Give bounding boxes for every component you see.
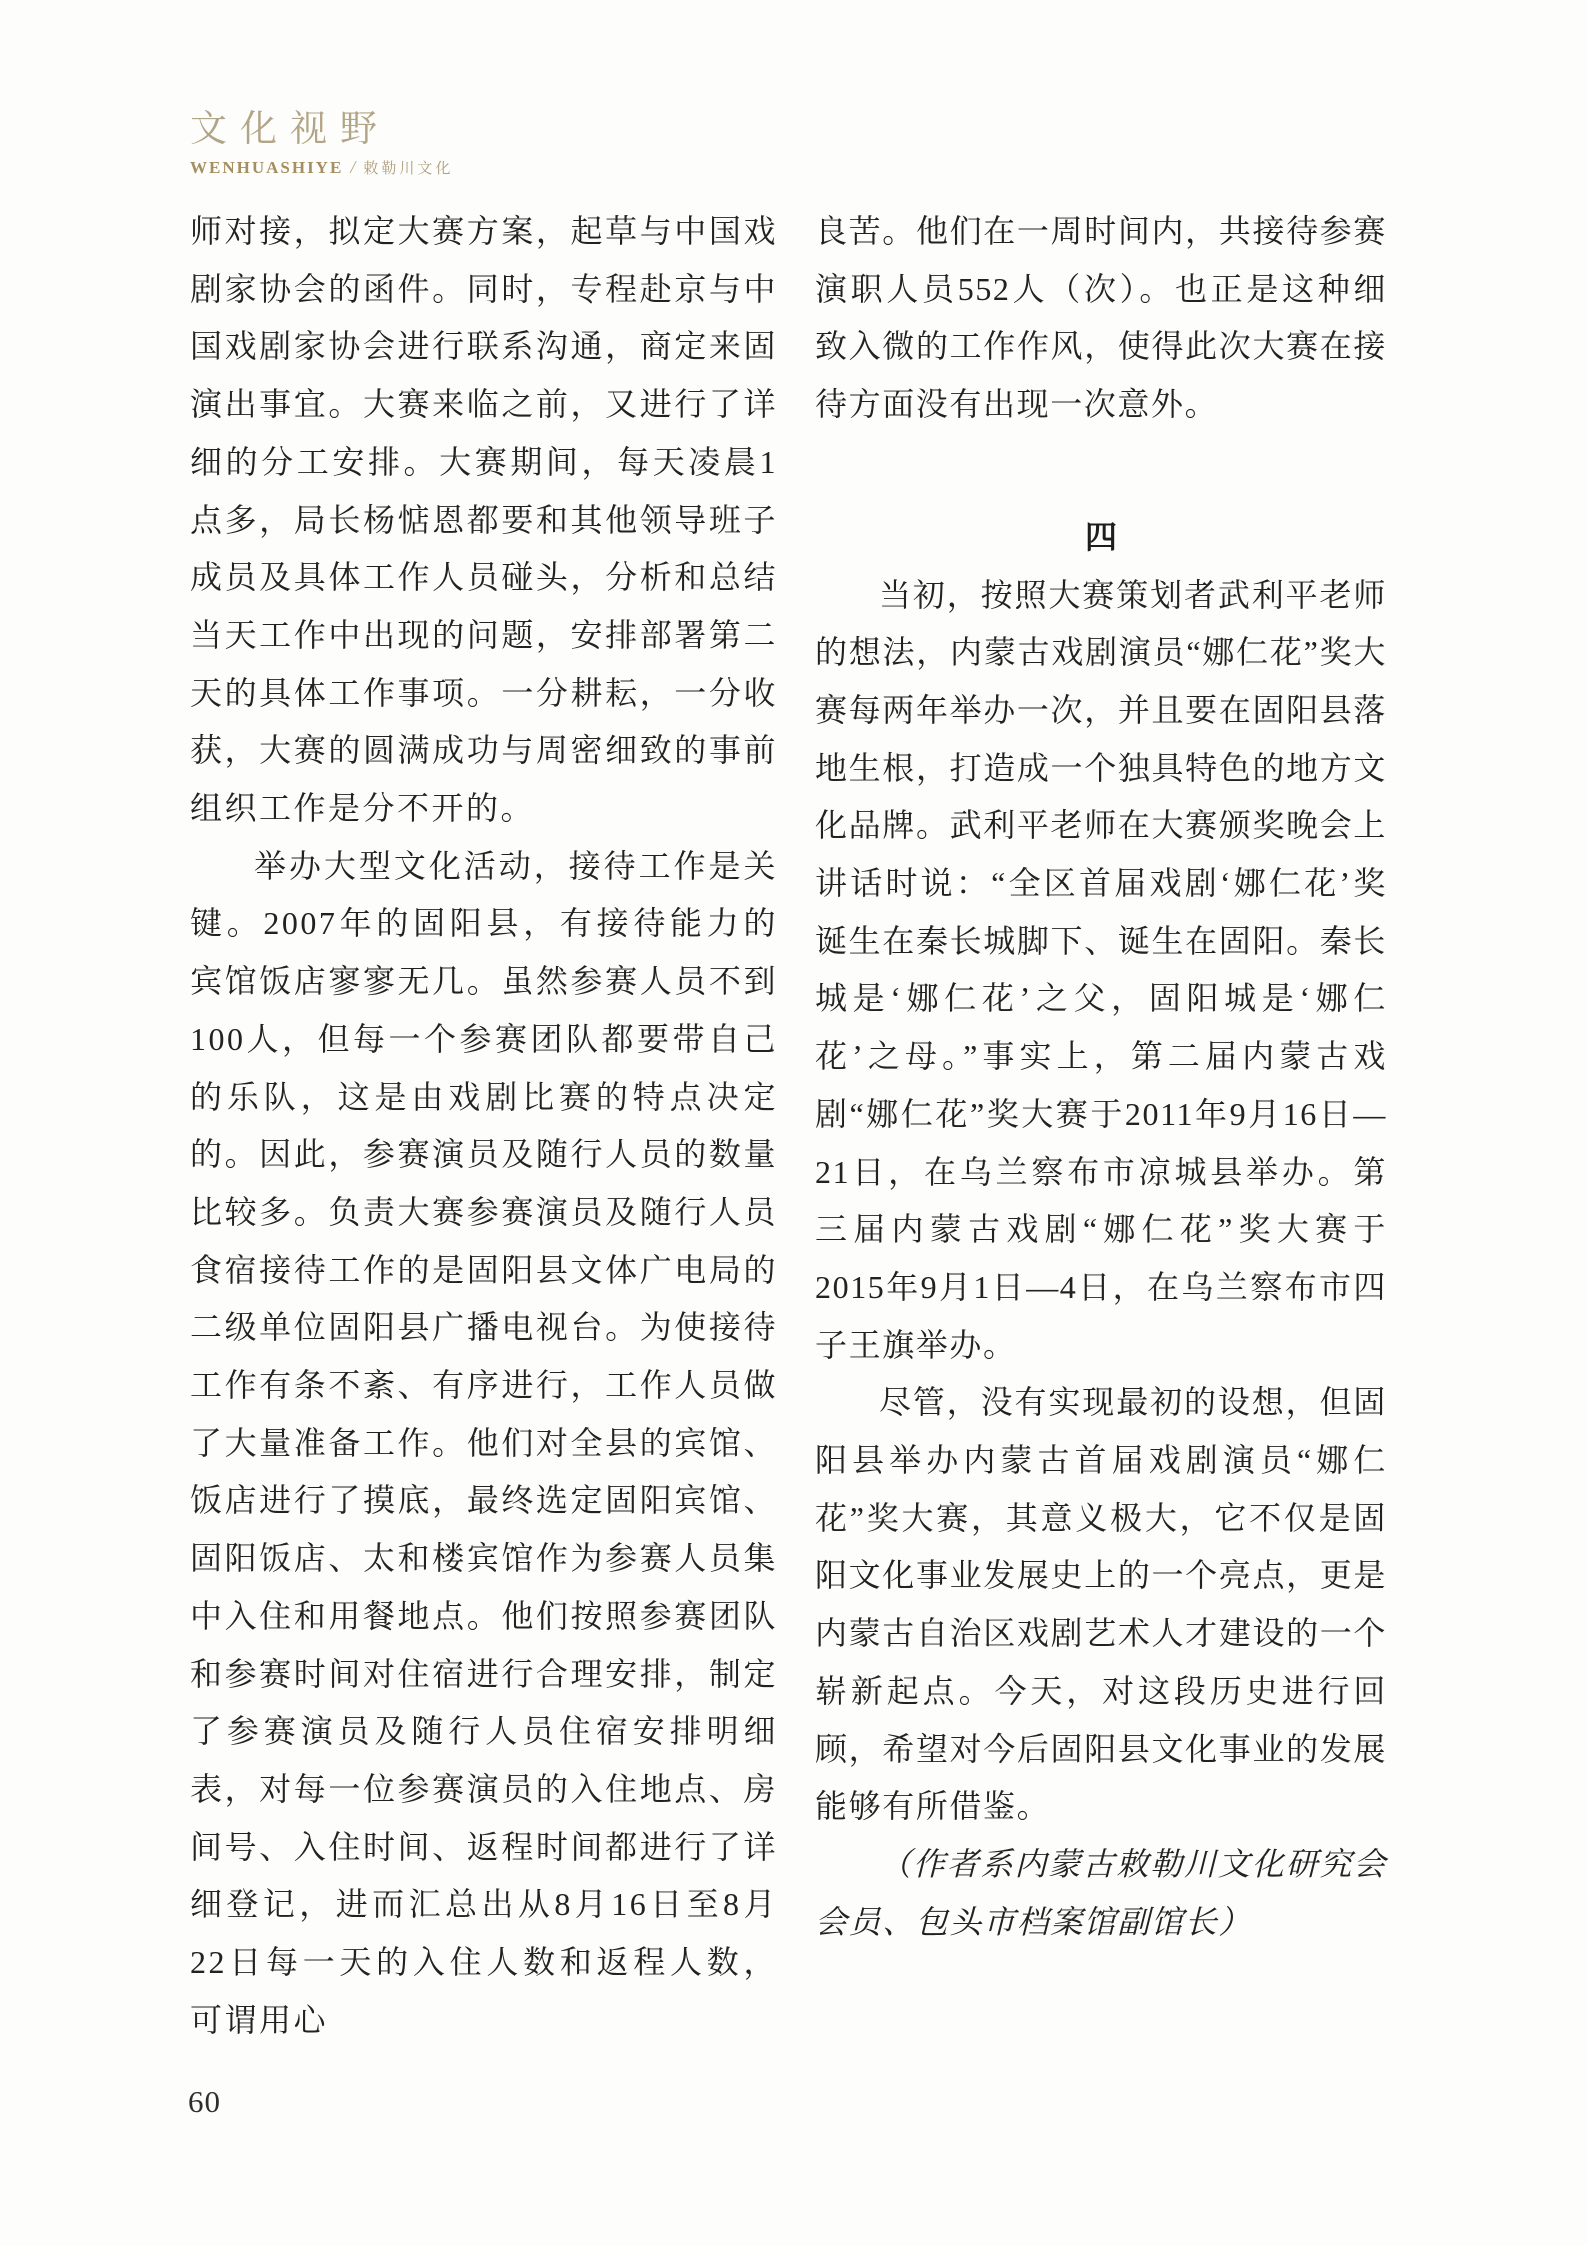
masthead-title: 文化视野	[190, 98, 453, 152]
section-masthead: 文化视野 WENHUASHIYE/敕勒川文化	[190, 98, 453, 178]
right-paragraph-continuation: 良苦。他们在一周时间内，共接待参赛演职人员552人（次）。也正是这种细致入微的工…	[815, 203, 1387, 434]
left-paragraph-reception: 举办大型文化活动，接待工作是关键。2007年的固阳县，有接待能力的宾馆饭店寥寥无…	[190, 838, 778, 2050]
right-paragraph-significance: 尽管，没有实现最初的设想，但固阳县举办内蒙古首届戏剧演员“娜仁花”奖大赛，其意义…	[815, 1374, 1387, 1836]
masthead-subtitle: WENHUASHIYE/敕勒川文化	[190, 157, 453, 178]
masthead-subtitle-latin: WENHUASHIYE	[190, 158, 343, 177]
left-paragraph-continuation: 师对接，拟定大赛方案，起草与中国戏剧家协会的函件。同时，专程赴京与中国戏剧家协会…	[190, 203, 778, 838]
right-paragraph-award-history: 当初，按照大赛策划者武利平老师的想法，内蒙古戏剧演员“娜仁花”奖大赛每两年举办一…	[815, 567, 1387, 1375]
masthead-subtitle-separator: /	[350, 157, 356, 177]
page-number: 60	[188, 2084, 221, 2120]
right-column: 良苦。他们在一周时间内，共接待参赛演职人员552人（次）。也正是这种细致入微的工…	[815, 203, 1387, 1951]
magazine-page: 文化视野 WENHUASHIYE/敕勒川文化 师对接，拟定大赛方案，起草与中国戏…	[0, 0, 1587, 2245]
masthead-subtitle-chinese: 敕勒川文化	[363, 161, 453, 177]
author-credit: （作者系内蒙古敕勒川文化研究会会员、包头市档案馆副馆长）	[815, 1836, 1387, 1951]
left-column: 师对接，拟定大赛方案，起草与中国戏剧家协会的函件。同时，专程赴京与中国戏剧家协会…	[190, 203, 778, 2050]
section-heading-four: 四	[815, 509, 1387, 567]
